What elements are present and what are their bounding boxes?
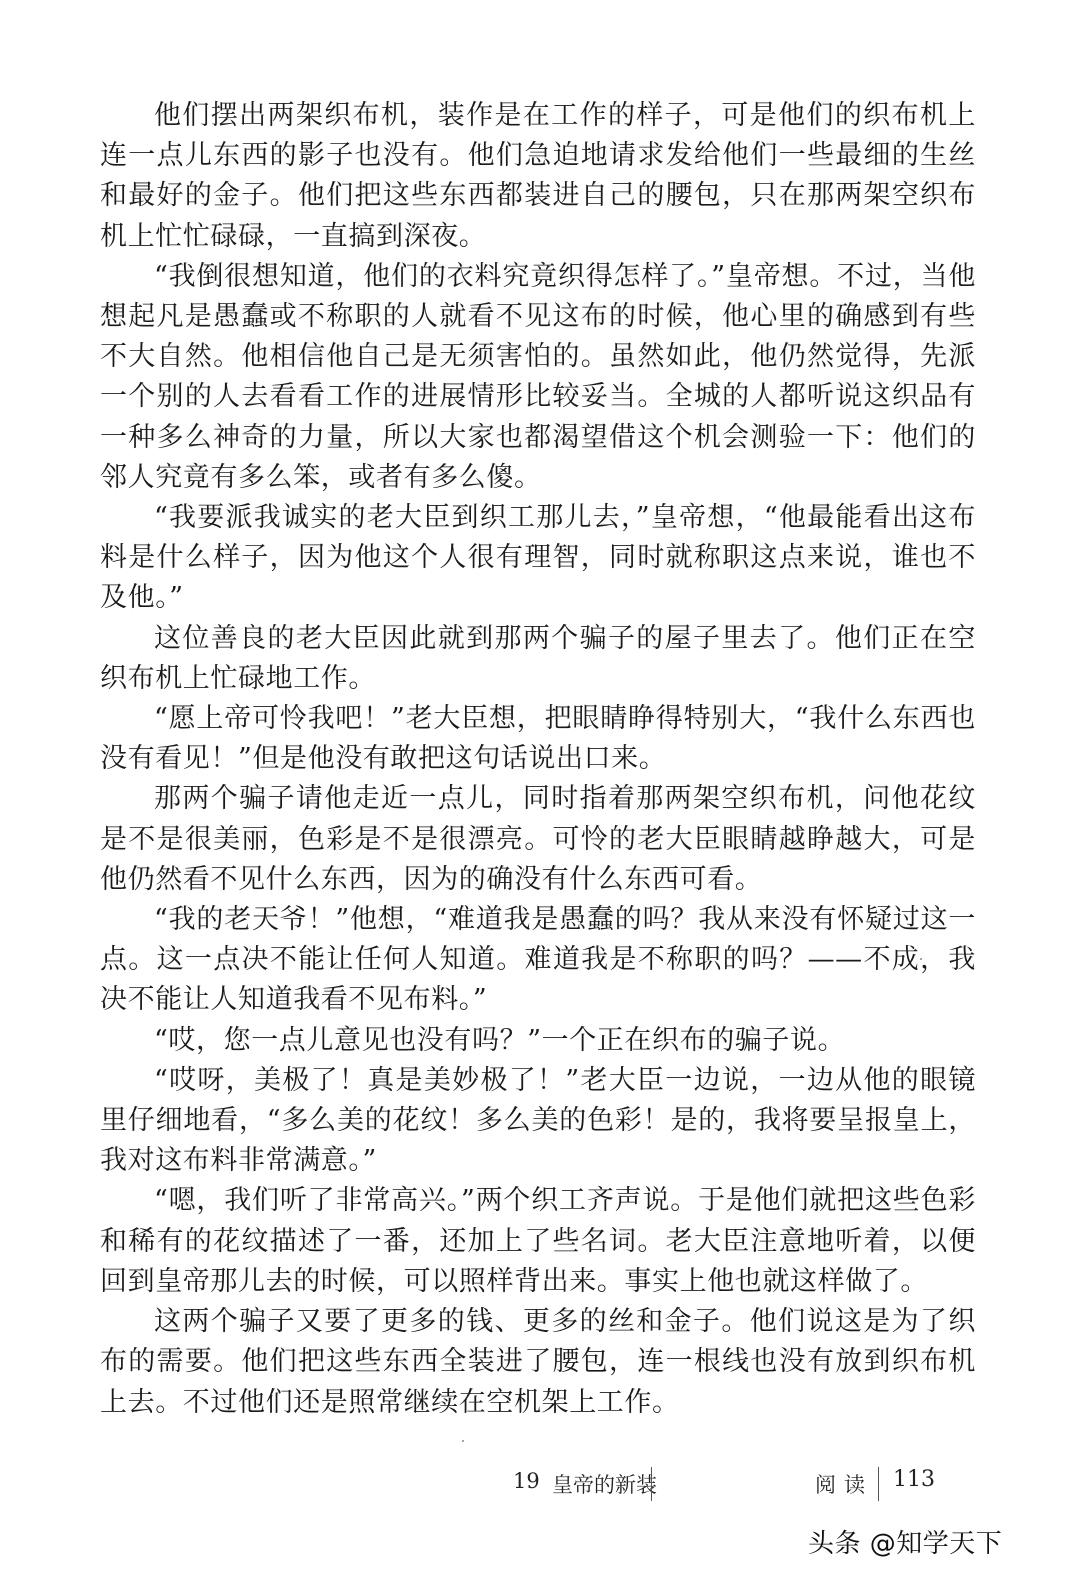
chapter-number: 19 bbox=[513, 1469, 540, 1493]
paragraph: “我倒很想知道，他们的衣料究竟织得怎样了。”皇帝想。不过，当他想起凡是愚蠢或不称… bbox=[100, 257, 976, 498]
footer-divider bbox=[878, 1467, 879, 1501]
paragraph: “我要派我诚实的老大臣到织工那儿去，”皇帝想，“他最能看出这布料是什么样子，因为… bbox=[100, 498, 976, 619]
paragraph: “嗯，我们听了非常高兴。”两个织工齐声说。于是他们就把这些色彩和稀有的花纹描述了… bbox=[100, 1181, 976, 1302]
document-body: 他们摆出两架织布机，装作是在工作的样子，可是他们的织布机上连一点儿东西的影子也没… bbox=[100, 96, 976, 1423]
watermark: 头条 @知学天下 bbox=[808, 1523, 1002, 1560]
scan-speck bbox=[462, 1440, 464, 1442]
paragraph: “哎呀，美极了！真是美妙极了！”老大臣一边说，一边从他的眼镜里仔细地看，“多么美… bbox=[100, 1061, 976, 1182]
scan-speck bbox=[920, 958, 922, 960]
paragraph: 这两个骗子又要了更多的钱、更多的丝和金子。他们说这是为了织布的需要。他们把这些东… bbox=[100, 1302, 976, 1423]
chapter-title: 皇帝的新装 bbox=[552, 1469, 657, 1499]
paragraph: 他们摆出两架织布机，装作是在工作的样子，可是他们的织布机上连一点儿东西的影子也没… bbox=[100, 96, 976, 257]
paragraph: “我的老天爷！”他想，“难道我是愚蠢的吗？我从来没有怀疑过这一点。这一点决不能让… bbox=[100, 900, 976, 1021]
page-footer: 19 皇帝的新装 阅读 113 bbox=[0, 1465, 1080, 1505]
section-label: 阅读 bbox=[815, 1469, 873, 1499]
footer-divider bbox=[651, 1467, 652, 1501]
paragraph: “哎，您一点儿意见也没有吗？”一个正在织布的骗子说。 bbox=[100, 1021, 976, 1061]
paragraph: 那两个骗子请他走近一点儿，同时指着那两架空织布机，问他花纹是不是很美丽，色彩是不… bbox=[100, 779, 976, 900]
paragraph: 这位善良的老大臣因此就到那两个骗子的屋子里去了。他们正在空织布机上忙碌地工作。 bbox=[100, 619, 976, 699]
page-number: 113 bbox=[893, 1467, 935, 1492]
paragraph: “愿上帝可怜我吧！”老大臣想，把眼睛睁得特别大，“我什么东西也没有看见！”但是他… bbox=[100, 699, 976, 779]
